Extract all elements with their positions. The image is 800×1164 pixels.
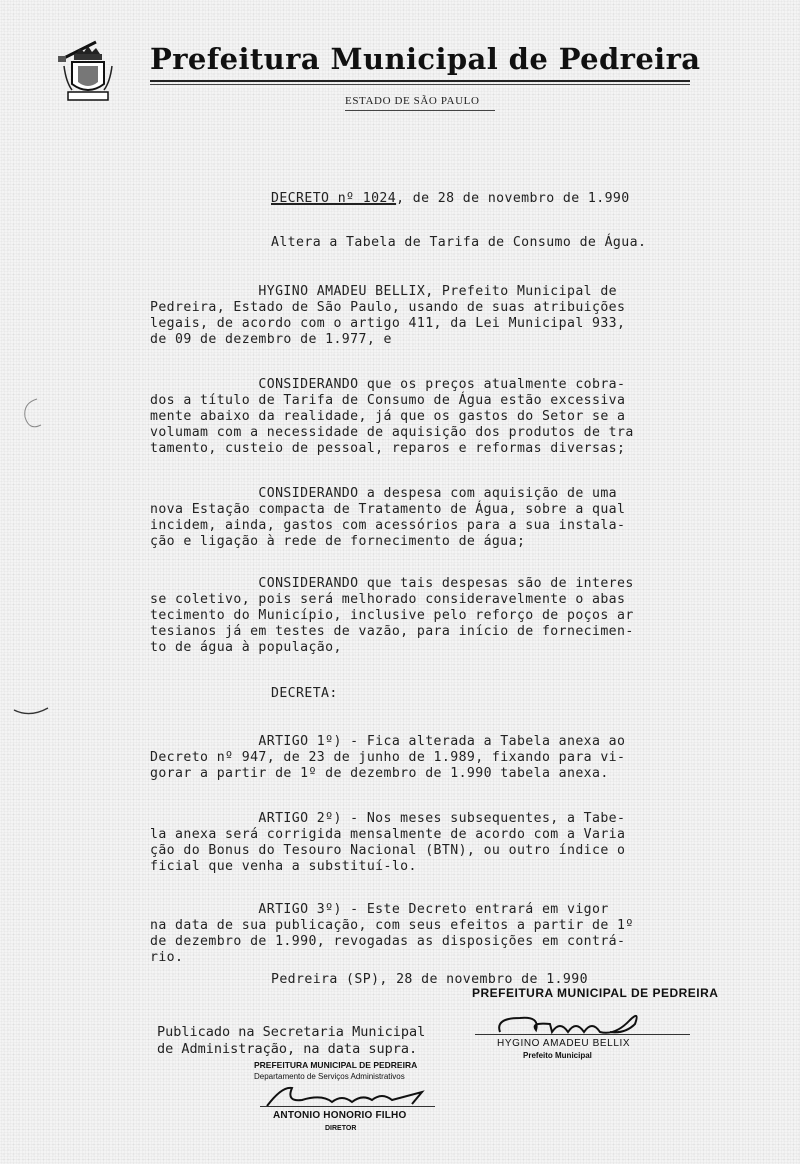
letterhead-rule (150, 80, 690, 82)
mayor-signature (490, 1010, 650, 1040)
paragraph-line: incidem, ainda, gastos com acessórios pa… (150, 518, 625, 534)
paragraph-line: CONSIDERANDO que tais despesas são de in… (150, 576, 634, 592)
paragraph-line: de dezembro de 1.990, revogadas as dispo… (150, 934, 625, 950)
letterhead-subtitle: ESTADO DE SÃO PAULO (345, 95, 479, 107)
coat-of-arms-icon (58, 40, 114, 104)
paragraph-line: CONSIDERANDO que os preços atualmente co… (150, 377, 625, 393)
director-name: ANTONIO HONORIO FILHO (273, 1110, 406, 1121)
paragraph-line: nova Estação compacta de Tratamento de Á… (150, 502, 625, 518)
paragraph-line: ção e ligação à rede de fornecimento de … (150, 534, 525, 550)
mayor-name: HYGINO AMADEU BELLIX (497, 1038, 630, 1049)
decree-date: , de 28 de novembro de 1.990 (396, 191, 630, 206)
subtitle-rule (345, 110, 495, 111)
publication-line: Publicado na Secretaria Municipal (157, 1024, 425, 1041)
decree-summary: Altera a Tabela de Tarifa de Consumo de … (271, 235, 646, 251)
margin-mark (15, 395, 45, 435)
paragraph-line: tesianos já em testes de vazão, para iní… (150, 624, 634, 640)
paragraph-line: ARTIGO 2º) - Nos meses subsequentes, a T… (150, 811, 625, 827)
paragraph-line: ficial que venha a substituí-lo. (150, 859, 417, 875)
decree-number: DECRETO nº 1024 (271, 191, 396, 206)
paragraph-line: dos a título de Tarifa de Consumo de Águ… (150, 393, 625, 409)
prefeitura-stamp: PREFEITURA MUNICIPAL DE PEDREIRA (472, 986, 718, 1000)
letterhead-rule-thin (150, 84, 690, 85)
director-stamp-line1: PREFEITURA MUNICIPAL DE PEDREIRA (254, 1060, 417, 1070)
paragraph-line: to de água à população, (150, 640, 342, 656)
margin-mark (12, 700, 52, 720)
paragraph-line: se coletivo, pois será melhorado conside… (150, 592, 625, 608)
director-signature-line (260, 1106, 435, 1107)
paragraph-line: tamento, custeio de pessoal, reparos e r… (150, 441, 625, 457)
paragraph-line: rio. (150, 950, 183, 966)
paragraph-line: mente abaixo da realidade, já que os gas… (150, 409, 625, 425)
mayor-signature-line (475, 1034, 690, 1035)
paragraph-line: ARTIGO 3º) - Este Decreto entrará em vig… (150, 902, 609, 918)
director-stamp-line2: Departamento de Serviços Administrativos (254, 1072, 405, 1081)
paragraph-line: gorar a partir de 1º de dezembro de 1.99… (150, 766, 609, 782)
preamble-line: legais, de acordo com o artigo 411, da L… (150, 316, 625, 332)
decree-heading: DECRETO nº 1024, de 28 de novembro de 1.… (271, 191, 630, 207)
paragraph-line: Decreto nº 947, de 23 de junho de 1.989,… (150, 750, 625, 766)
mayor-title: Prefeito Municipal (523, 1051, 592, 1060)
letterhead-title: Prefeitura Municipal de Pedreira (150, 42, 700, 76)
paragraph-line: la anexa será corrigida mensalmente de a… (150, 827, 625, 843)
paragraph-line: tecimento do Município, inclusive pelo r… (150, 608, 634, 624)
paragraph-line: ção do Bonus do Tesouro Nacional (BTN), … (150, 843, 625, 859)
paragraph-line: volumam com a necessidade de aquisição d… (150, 425, 634, 441)
paragraph-line: na data de sua publicação, com seus efei… (150, 918, 634, 934)
paragraph-line: CONSIDERANDO a despesa com aquisição de … (150, 486, 617, 502)
director-title: DIRETOR (325, 1125, 356, 1132)
preamble-line: HYGINO AMADEU BELLIX, Prefeito Municipal… (150, 284, 617, 300)
preamble-line: de 09 de dezembro de 1.977, e (150, 332, 392, 348)
paragraph-line: ARTIGO 1º) - Fica alterada a Tabela anex… (150, 734, 625, 750)
preamble-line: Pedreira, Estado de São Paulo, usando de… (150, 300, 625, 316)
publication-line: de Administração, na data supra. (157, 1041, 417, 1058)
decreta-label: DECRETA: (271, 686, 338, 702)
